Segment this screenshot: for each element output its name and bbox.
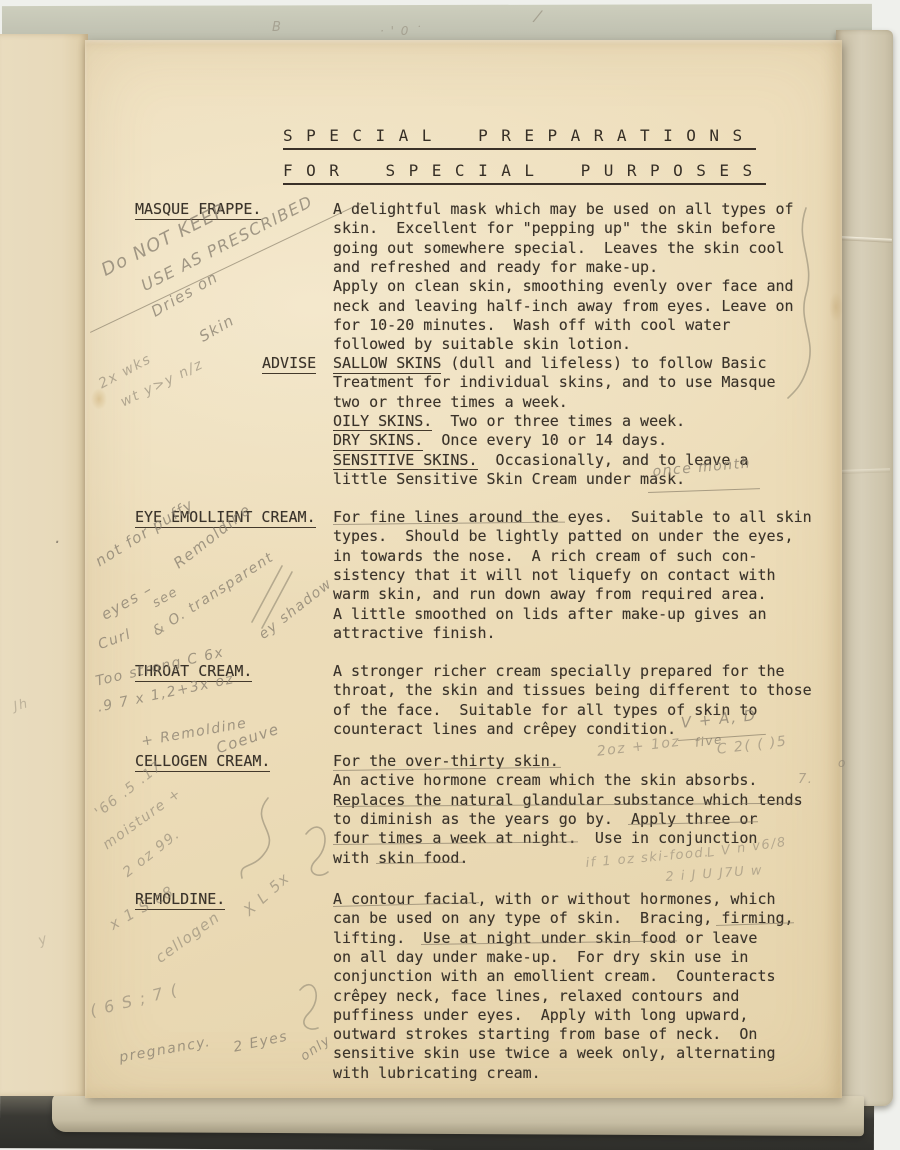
page-title-line-2: FOR SPECIAL PURPOSES: [283, 161, 766, 185]
pencil-annotation: eyes –: [98, 580, 156, 624]
typed-line: DRY SKINS. Once every 10 or 14 days.: [333, 431, 667, 450]
page-title-line-1: SPECIAL PREPARATIONS: [283, 126, 756, 150]
pencil-annotation: cellogen: [152, 908, 223, 967]
typed-line: SALLOW SKINS (dull and lifeless) to foll…: [333, 354, 766, 373]
typed-line: for 10-20 minutes. Wash off with cool wa…: [333, 316, 730, 335]
typed-line: followed by suitable skin lotion.: [333, 335, 631, 354]
pencil-annotation: Curl: [96, 626, 134, 653]
pencil-annotation: ey shadow: [256, 576, 336, 643]
typed-line: attractive finish.: [333, 624, 496, 643]
typed-line: puffiness under eyes. Apply with long up…: [333, 1006, 748, 1025]
pencil-annotation: ·: [54, 532, 61, 553]
typed-line: little Sensitive Skin Cream under mask.: [333, 470, 685, 489]
typed-line: with lubricating cream.: [333, 1064, 541, 1083]
pencil-annotation: o: [838, 756, 847, 770]
typed-line: neck and leaving half-inch away from eye…: [333, 297, 794, 316]
document-page: SPECIAL PREPARATIONS FOR SPECIAL PURPOSE…: [85, 40, 842, 1098]
pencil-annotation: 7.: [798, 772, 813, 787]
typed-line: in towards the nose. A rich cream of suc…: [333, 547, 757, 566]
typed-line: lifting. Use at night under skin food or…: [333, 929, 757, 948]
typed-line: sistency that it will not liquefy on con…: [333, 566, 776, 585]
typed-line: four times a week at night. Use in conju…: [333, 829, 757, 848]
paper-stain: [91, 388, 107, 410]
pencil-underline: [648, 488, 760, 493]
typed-line: with skin food.: [333, 849, 468, 868]
typed-line: two or three times a week.: [333, 393, 568, 412]
typed-line: warm skin, and run down away from requir…: [333, 585, 766, 604]
typed-line: going out somewhere special. Leaves the …: [333, 239, 785, 258]
typed-line: A little smoothed on lids after make-up …: [333, 605, 766, 624]
typed-line: throat, the skin and tissues being diffe…: [333, 681, 812, 700]
typed-line: crêpey neck, face lines, relaxed contour…: [333, 987, 739, 1006]
pencil-annotation: pregnancy.: [118, 1034, 212, 1066]
section-label: ADVISE: [262, 354, 316, 373]
under-sheet-bottom-edge: [52, 1092, 864, 1136]
pencil-annotation: if 1 oz ski-food.: [585, 845, 710, 871]
pencil-annotation: X L 5x: [240, 869, 293, 920]
typed-line: types. Should be lightly patted on under…: [333, 527, 794, 546]
typed-line: Treatment for individual skins, and to u…: [333, 373, 776, 392]
scan-background: { "document": { "title_line1": "SPECIAL …: [0, 0, 900, 1150]
paper-stain: [829, 292, 843, 322]
typed-line: A stronger richer cream specially prepar…: [333, 662, 785, 681]
typed-line: to diminish as the years go by. Apply th…: [333, 810, 757, 829]
typed-line: sensitive skin use twice a week only, al…: [333, 1044, 776, 1063]
typed-line: A delightful mask which may be used on a…: [333, 200, 794, 219]
typed-line: Apply on clean skin, smoothing evenly ov…: [333, 277, 794, 296]
typed-line: counteract lines and crêpey condition.: [333, 720, 676, 739]
typed-line: skin. Excellent for "pepping up" the ski…: [333, 219, 776, 238]
typed-line: An active hormone cream which the skin a…: [333, 771, 757, 790]
pencil-annotation: 2 Eyes: [232, 1028, 290, 1055]
pencil-annotation: 2 i J U J7U w: [665, 863, 763, 885]
typed-line: on all day under make-up. For dry skin u…: [333, 948, 748, 967]
typed-line: outward strokes starting from base of ne…: [333, 1025, 757, 1044]
typed-line: and refreshed and ready for make-up.: [333, 258, 658, 277]
typed-line: OILY SKINS. Two or three times a week.: [333, 412, 685, 431]
typed-line: conjunction with an emollient cream. Cou…: [333, 967, 776, 986]
typed-line: Replaces the natural glandular substance…: [333, 791, 803, 810]
pencil-annotation: see: [150, 584, 181, 611]
pencil-annotation: Skin: [196, 311, 238, 346]
under-sheet-right-edge: [836, 30, 893, 1106]
pencil-annotation: only: [298, 1033, 334, 1065]
pencil-annotation: · ' 0 ˙: [380, 24, 423, 38]
pencil-annotation: ( 6 S ; 7 (: [88, 980, 180, 1020]
typed-line: A contour facial, with or without hormon…: [333, 890, 776, 909]
pencil-annotation: B: [272, 20, 282, 35]
